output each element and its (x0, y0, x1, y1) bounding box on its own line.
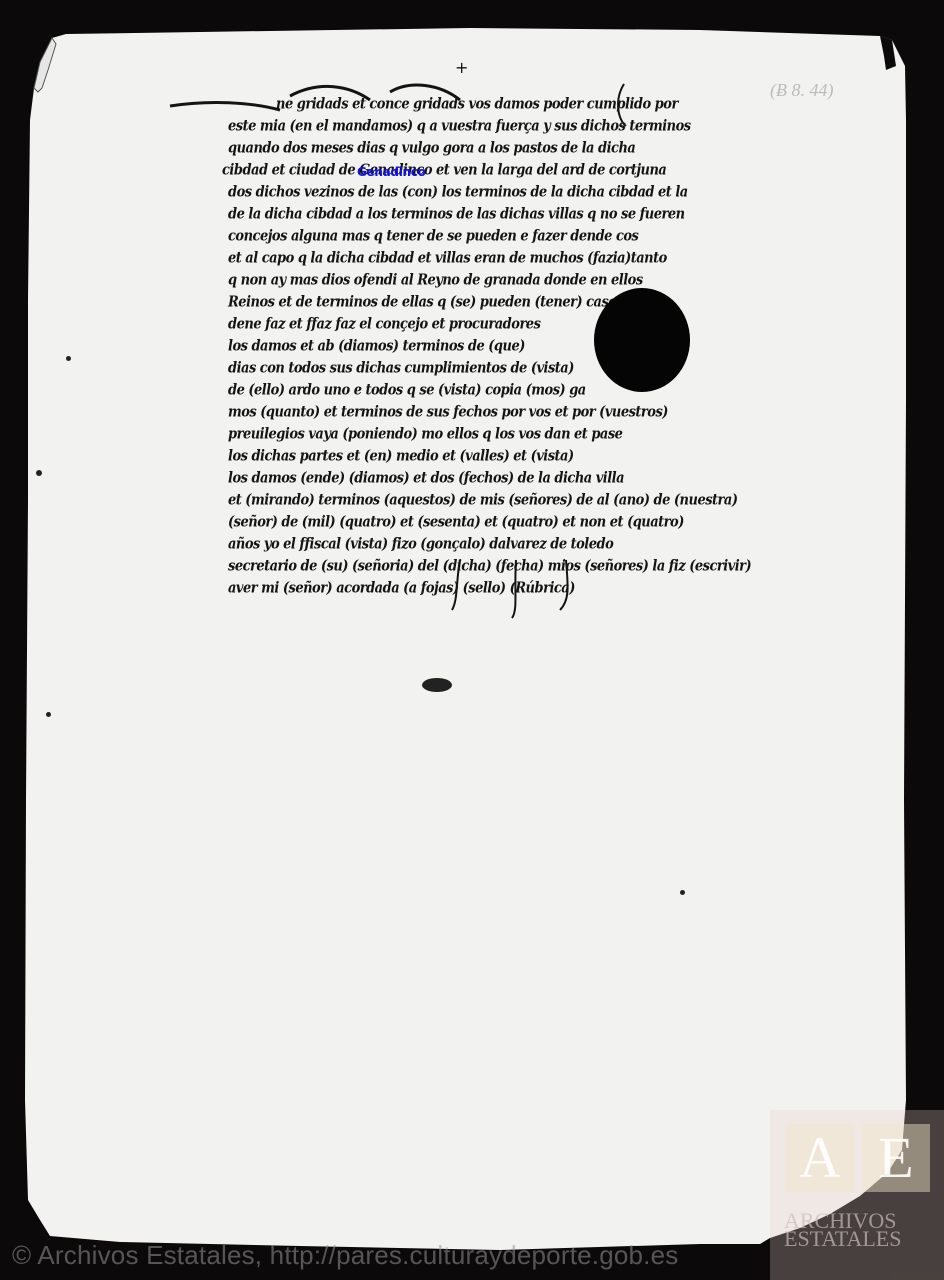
manuscript-line: preuilegios vaya (poniendo) mo ellos q l… (228, 426, 622, 443)
blue-annotation: Genadinco (357, 165, 426, 179)
manuscript-line: (señor) de (mil) (quatro) et (sesenta) e… (228, 514, 684, 531)
manuscript-line: años yo el ffiscal (vista) fizo (gonçalo… (228, 536, 613, 553)
logo-letter-a: A (786, 1124, 854, 1192)
manuscript-line: dene faz et ffaz faz el conçejo et procu… (228, 316, 540, 333)
manuscript-line: los damos et ab (diamos) terminos de (qu… (228, 338, 525, 355)
scanned-document-page: + (Ƀ 8. 44) ne gridads et conce gridads … (0, 0, 944, 1280)
archivos-estatales-logo: A E ARCHIVOS ESTATALES (770, 1110, 944, 1280)
ink-speck (46, 712, 51, 717)
margin-pencil-note: (Ƀ 8. 44) (770, 80, 833, 101)
manuscript-line: los dichas partes et (en) medio et (vall… (228, 448, 574, 465)
manuscript-line: cibdad et ciudad de Genadinco et ven la … (222, 162, 666, 179)
copyright-watermark: © Archivos Estatales, http://pares.cultu… (12, 1240, 678, 1271)
manuscript-line: et (mirando) terminos (aquestos) de mis … (228, 492, 737, 509)
logo-caption-line2: ESTATALES (784, 1230, 901, 1248)
manuscript-line: ne gridads et conce gridads vos damos po… (276, 96, 678, 113)
manuscript-line: secretario de (su) (señoria) del (dicha)… (228, 558, 751, 575)
manuscript-line: q non ay mas dios ofendi al Reyno de gra… (228, 272, 643, 289)
ink-speck (680, 890, 685, 895)
manuscript-line: este mia (en el mandamos) q a vuestra fu… (228, 118, 691, 135)
manuscript-line: los damos (ende) (diamos) et dos (fechos… (228, 470, 624, 487)
ink-blot (422, 678, 452, 692)
manuscript-line: et al capo q la dicha cibdad et villas e… (228, 250, 667, 267)
manuscript-line: mos (quanto) et terminos de sus fechos p… (228, 404, 668, 421)
manuscript-line: concejos alguna mas q tener de se pueden… (228, 228, 638, 245)
manuscript-line: Reinos et de terminos de ellas q (se) pu… (228, 294, 616, 311)
ink-speck (66, 356, 71, 361)
logo-letter-e: E (862, 1124, 930, 1192)
paper-hole (594, 288, 690, 392)
ink-speck (36, 470, 42, 476)
manuscript-line: quando dos meses dias q vulgo gora a los… (228, 140, 635, 157)
manuscript-line: dos dichos vezinos de las (con) los term… (228, 184, 688, 201)
manuscript-line: de (ello) ardo uno e todos q se (vista) … (228, 382, 586, 399)
manuscript-line: de la dicha cibdad a los terminos de las… (228, 206, 685, 223)
manuscript-line: aver mi (señor) acordada (a fojas) (sell… (228, 580, 575, 597)
cross-mark: + (455, 58, 468, 77)
manuscript-line: dias con todos sus dichas cumplimientos … (228, 360, 574, 377)
logo-caption: ARCHIVOS ESTATALES (784, 1212, 901, 1248)
